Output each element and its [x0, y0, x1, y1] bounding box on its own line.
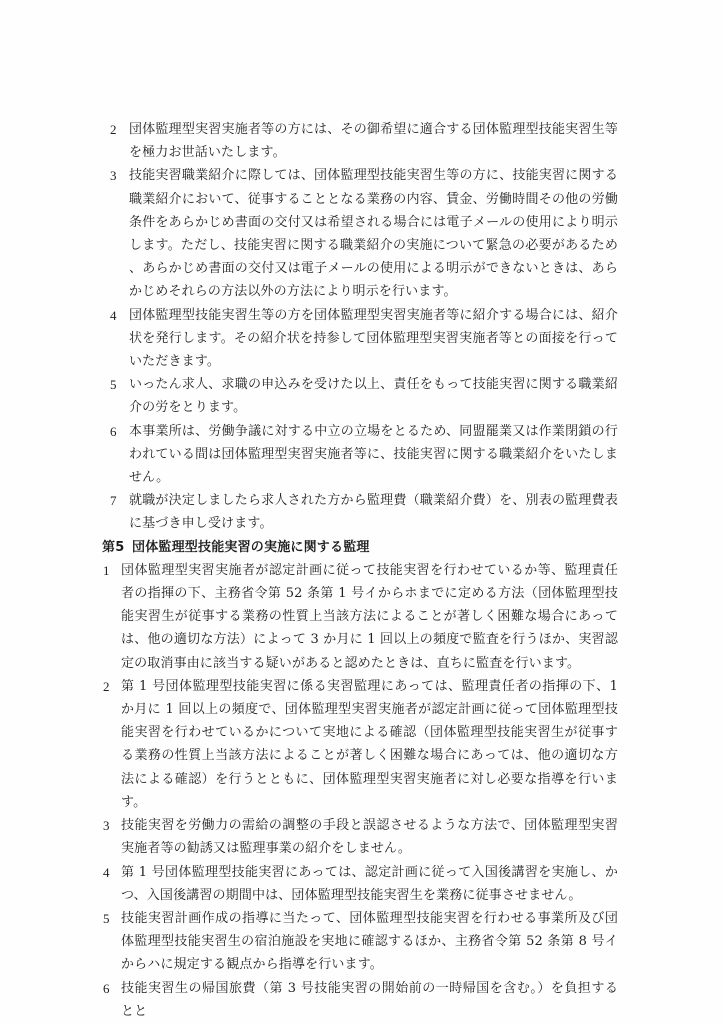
- list-item: 2 第 1 号団体監理型技能実習に係る実習監理にあっては、監理責任者の指揮の下、…: [102, 675, 618, 814]
- section-number: 第5: [102, 536, 132, 559]
- item-number: 1: [103, 559, 110, 582]
- item-text: 団体監理型実習実施者等の方には、その御希望に適合する団体監理型技能実習生等を極力…: [129, 118, 618, 164]
- item-number: 2: [103, 675, 110, 698]
- item-text: 第 1 号団体監理型技能実習にあっては、認定計画に従って入国後講習を実施し、かつ…: [121, 861, 618, 907]
- item-text: 技能実習職業紹介に際しては、団体監理型技能実習生等の方に、技能実習に関する職業紹…: [129, 164, 618, 303]
- list-item: 7 就職が決定しましたら求人された方から監理費（職業紹介費）を、別表の監理費表に…: [102, 489, 618, 535]
- item-text: いったん求人、求職の申込みを受けた以上、責任をもって技能実習に関する職業紹介の労…: [129, 373, 618, 419]
- list-item: 4 第 1 号団体監理型技能実習にあっては、認定計画に従って入国後講習を実施し、…: [102, 861, 618, 907]
- item-text: 本事業所は、労働争議に対する中立の立場をとるため、同盟罷業又は作業閉鎖の行われて…: [129, 420, 618, 490]
- previous-section-list: 2 団体監理型実習実施者等の方には、その御希望に適合する団体監理型技能実習生等を…: [102, 118, 622, 536]
- item-text: 技能実習計画作成の指導に当たって、団体監理型技能実習を行わせる事業所及び団体監理…: [121, 907, 618, 977]
- list-item: 5 技能実習計画作成の指導に当たって、団体監理型技能実習を行わせる事業所及び団体…: [102, 907, 618, 977]
- item-number: 4: [110, 304, 117, 327]
- item-number: 2: [110, 118, 117, 141]
- item-number: 6: [110, 420, 117, 443]
- item-text: 団体監理型実習実施者が認定計画に従って技能実習を行わせているか等、監理責任者の指…: [121, 559, 618, 675]
- item-text: 技能実習生の帰国旅費（第 3 号技能実習の開始前の一時帰国を含む。）を負担すると…: [121, 977, 618, 1023]
- section-heading: 第5団体監理型技能実習の実施に関する監理: [102, 536, 622, 559]
- list-item: 1 団体監理型実習実施者が認定計画に従って技能実習を行わせているか等、監理責任者…: [102, 559, 618, 675]
- list-item: 6 本事業所は、労働争議に対する中立の立場をとるため、同盟罷業又は作業閉鎖の行わ…: [102, 420, 618, 490]
- item-number: 6: [103, 977, 110, 1000]
- document-page: 2 団体監理型実習実施者等の方には、その御希望に適合する団体監理型技能実習生等を…: [0, 0, 725, 1024]
- list-item: 5 いったん求人、求職の申込みを受けた以上、責任をもって技能実習に関する職業紹介…: [102, 373, 618, 419]
- list-item: 6 技能実習生の帰国旅費（第 3 号技能実習の開始前の一時帰国を含む。）を負担す…: [102, 977, 618, 1023]
- item-text: 就職が決定しましたら求人された方から監理費（職業紹介費）を、別表の監理費表に基づ…: [129, 489, 618, 535]
- list-item: 4 団体監理型技能実習生等の方を団体監理型実習実施者等に紹介する場合には、紹介状…: [102, 304, 618, 374]
- item-number: 5: [110, 373, 117, 396]
- item-number: 5: [103, 907, 110, 930]
- list-item: 2 団体監理型実習実施者等の方には、その御希望に適合する団体監理型技能実習生等を…: [102, 118, 618, 164]
- item-number: 3: [103, 814, 110, 837]
- list-item: 3 技能実習を労働力の需給の調整の手段と誤認させるような方法で、団体監理型実習実…: [102, 814, 618, 860]
- section-title: 団体監理型技能実習の実施に関する監理: [132, 540, 370, 555]
- list-item: 3 技能実習職業紹介に際しては、団体監理型技能実習生等の方に、技能実習に関する職…: [102, 164, 618, 303]
- item-number: 3: [110, 164, 117, 187]
- item-text: 団体監理型技能実習生等の方を団体監理型実習実施者等に紹介する場合には、紹介状を発…: [129, 304, 618, 374]
- item-text: 技能実習を労働力の需給の調整の手段と誤認させるような方法で、団体監理型実習実施者…: [121, 814, 618, 860]
- section5-list: 1 団体監理型実習実施者が認定計画に従って技能実習を行わせているか等、監理責任者…: [102, 559, 622, 1023]
- item-text: 第 1 号団体監理型技能実習に係る実習監理にあっては、監理責任者の指揮の下、1 …: [121, 675, 618, 814]
- document-body: 2 団体監理型実習実施者等の方には、その御希望に適合する団体監理型技能実習生等を…: [102, 118, 622, 1023]
- item-number: 4: [103, 861, 110, 884]
- item-number: 7: [110, 489, 117, 512]
